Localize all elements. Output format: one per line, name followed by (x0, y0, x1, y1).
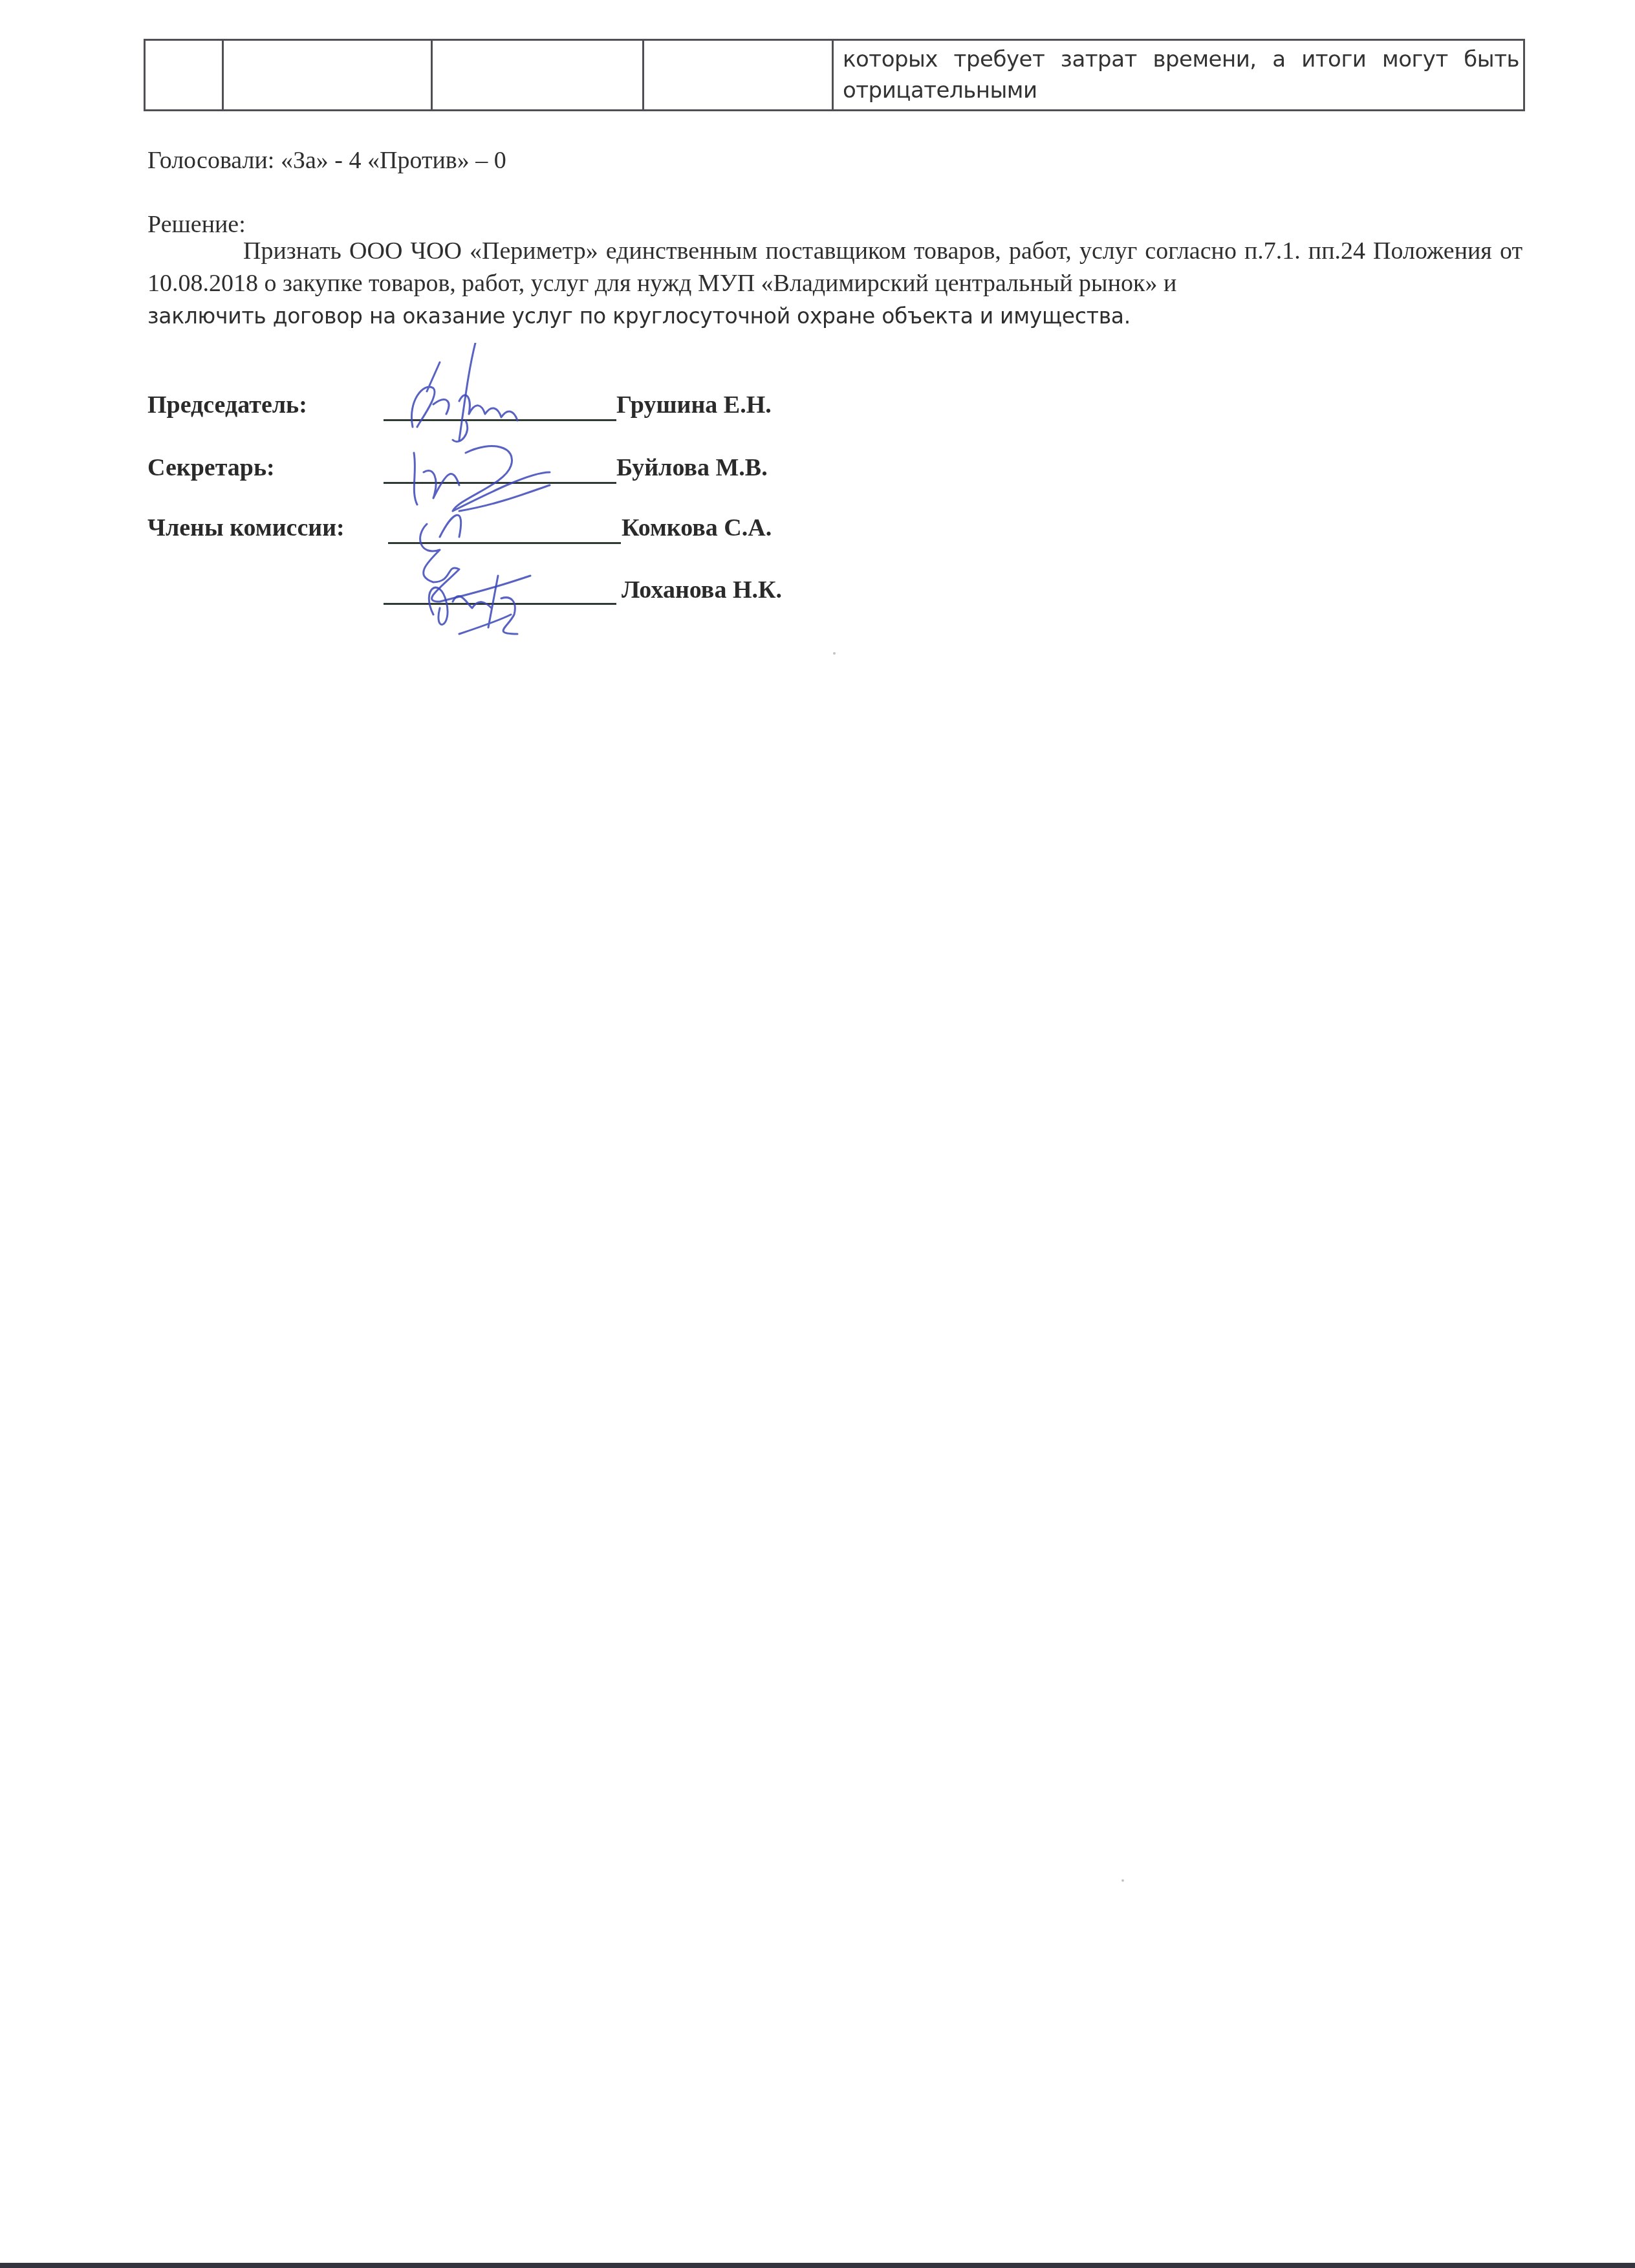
scan-edge (0, 2263, 1635, 2268)
signature-name: Комкова С.А. (622, 514, 772, 542)
signature-row-member-2: Лоханова Н.К. (147, 576, 859, 615)
scan-speck (1121, 1879, 1124, 1882)
signature-role: Председатель: (147, 391, 307, 419)
signature-name: Лоханова Н.К. (622, 576, 782, 604)
signature-role: Секретарь: (147, 453, 275, 482)
table-fragment: которых требует затрат времени, а итоги … (144, 39, 1525, 111)
signature-row-secretary: Секретарь: Буйлова М.В. (147, 453, 859, 492)
decision-text: Признать ООО ЧОО «Периметр» единственным… (147, 235, 1522, 333)
signature-row-member-1: Члены комиссии: Комкова С.А. (147, 514, 859, 552)
table-cell-text: которых требует затрат времени, а итоги … (833, 40, 1524, 111)
signature-line (384, 419, 616, 421)
table-row: которых требует затрат времени, а итоги … (145, 40, 1524, 111)
document-page: которых требует затрат времени, а итоги … (0, 0, 1635, 2268)
vote-result: Голосовали: «За» - 4 «Против» – 0 (147, 145, 506, 176)
table-cell-empty (432, 40, 644, 111)
decision-line-1: Признать ООО ЧОО «Периметр» единственным… (243, 237, 1365, 265)
signature-name: Грушина Е.Н. (616, 391, 772, 419)
table-cell-empty (223, 40, 432, 111)
table-cell-empty (644, 40, 833, 111)
decision-line-3: заключить договор на оказание услуг по к… (147, 303, 1131, 329)
scan-speck (833, 652, 836, 655)
signature-name: Буйлова М.В. (616, 453, 768, 482)
signature-line (384, 603, 616, 605)
signature-row-chairman: Председатель: Грушина Е.Н. (147, 391, 859, 430)
signature-line (388, 542, 621, 544)
signature-line (384, 482, 616, 484)
signature-role: Члены комиссии: (147, 514, 345, 542)
table-cell-empty (145, 40, 223, 111)
